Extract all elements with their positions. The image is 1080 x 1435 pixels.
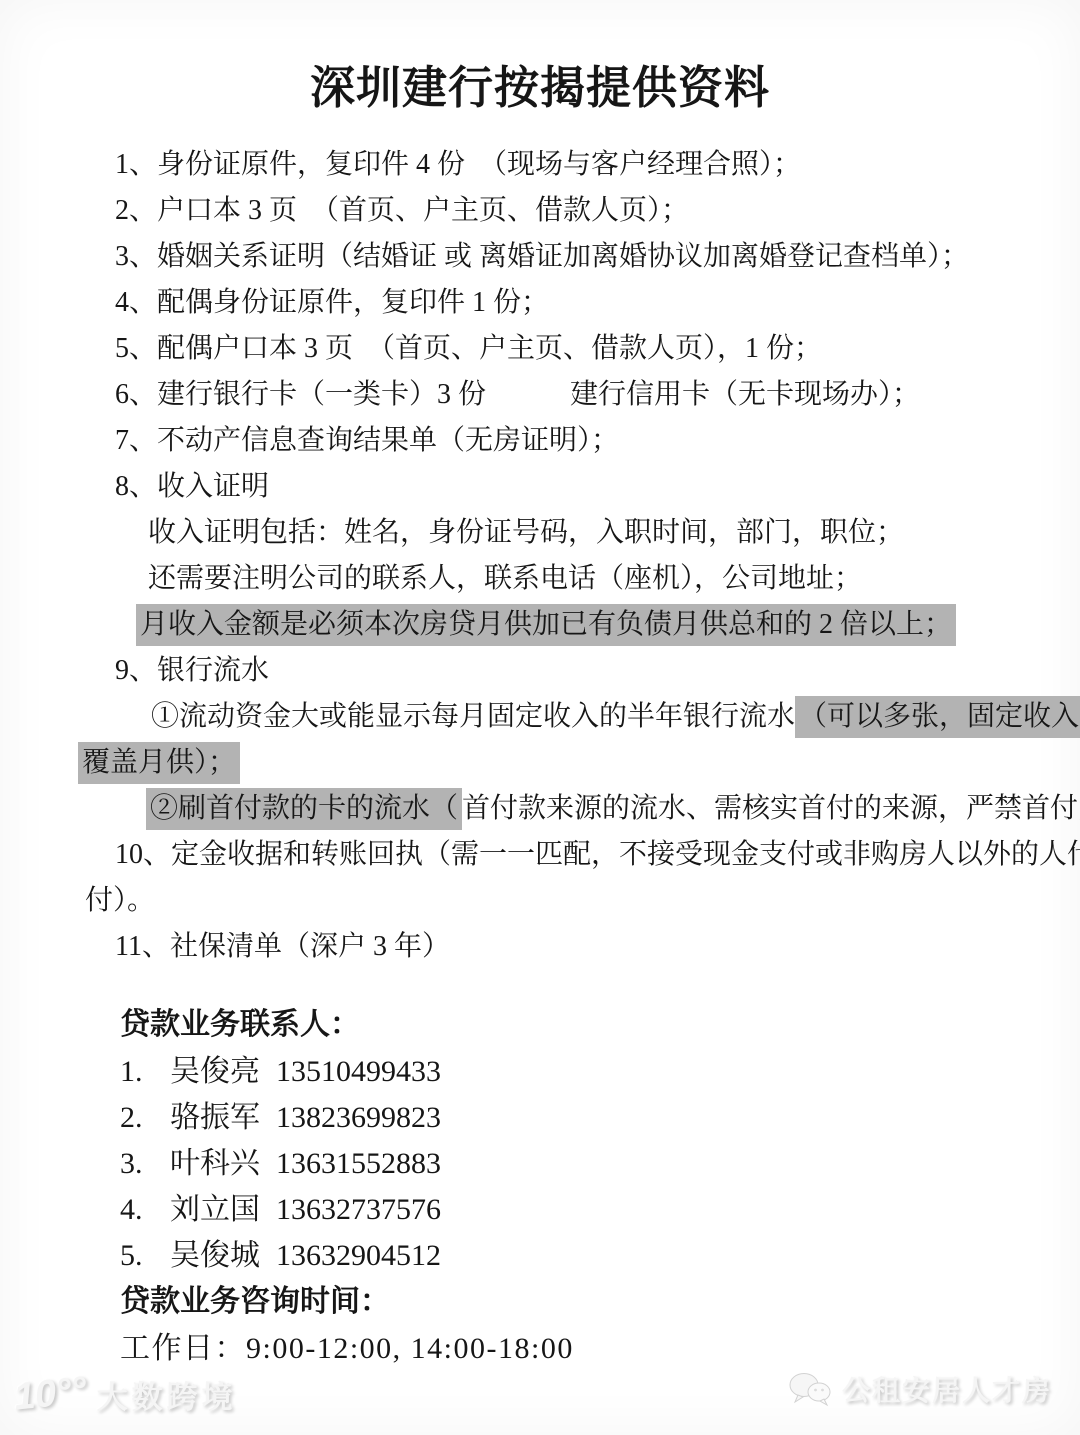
- contact-name: 刘立国: [170, 1193, 260, 1226]
- list-item-3: 3、婚姻关系证明（结婚证 或 离婚证加离婚协议加离婚登记查档单）；: [0, 242, 1080, 272]
- business-hours: 工作日：9:00-12:00, 14:00-18:00: [120, 1332, 1080, 1366]
- list-item-11: 11、社保清单（深户 3 年）: [0, 932, 1080, 962]
- watermark-left: 10°° 大数跨境: [14, 1372, 237, 1417]
- contact-row-2: 2.骆振军13823699823: [120, 1101, 1080, 1134]
- contact-phone: 13632904512: [276, 1239, 441, 1272]
- contact-number: 2.: [120, 1101, 170, 1134]
- document-title: 深圳建行按揭提供资料: [0, 0, 1080, 116]
- list-item-10: 10、定金收据和转账回执（需一一匹配，不接受现金支付或非购房人以外的人代: [0, 840, 1080, 870]
- contact-number: 4.: [120, 1193, 170, 1226]
- wechat-icon: [788, 1371, 832, 1407]
- contact-row-5: 5.吴俊城13632904512: [120, 1239, 1080, 1272]
- sub-item-text: 首付款来源的流水、需核实首付的来源，严禁首付贷）；: [462, 793, 1080, 824]
- list-item-7: 7、不动产信息查询结果单（无房证明）；: [0, 426, 1080, 456]
- dashu-logo-icon: 10°°: [12, 1369, 89, 1419]
- contacts-section: 贷款业务联系人： 1.吴俊亮13510499433 2.骆振军138236998…: [0, 1008, 1080, 1366]
- contact-name: 吴俊亮: [170, 1055, 260, 1088]
- highlighted-text: （可以多张，固定收入能: [795, 696, 1080, 738]
- highlighted-text: 月收入金额是必须本次房贷月供加已有负债月供总和的 2 倍以上；: [136, 604, 956, 646]
- hours-header: 贷款业务咨询时间：: [120, 1285, 1080, 1318]
- contact-name: 叶科兴: [170, 1147, 260, 1180]
- contact-phone: 13631552883: [276, 1147, 441, 1180]
- item-8-detail-1: 收入证明包括：姓名，身份证号码，入职时间，部门，职位；: [0, 518, 1080, 548]
- contact-phone: 13632737576: [276, 1193, 441, 1226]
- list-item-4: 4、配偶身份证原件，复印件 1 份；: [0, 288, 1080, 318]
- highlighted-text: ②刷首付款的卡的流水（: [146, 788, 462, 830]
- watermark-left-text: 大数跨境: [97, 1372, 237, 1417]
- contact-number: 1.: [120, 1055, 170, 1088]
- list-item-8: 8、收入证明: [0, 472, 1080, 502]
- list-item-9: 9、银行流水: [0, 656, 1080, 686]
- contacts-header: 贷款业务联系人：: [120, 1008, 1080, 1041]
- sub-item-text: ①流动资金大或能显示每月固定收入的半年银行流水: [151, 701, 795, 732]
- document-page: 深圳建行按揭提供资料 1、身份证原件，复印件 4 份 （现场与客户经理合照）； …: [0, 0, 1080, 1435]
- item-8-detail-3: 月收入金额是必须本次房贷月供加已有负债月供总和的 2 倍以上；: [0, 610, 1080, 640]
- contact-phone: 13510499433: [276, 1055, 441, 1088]
- watermark-right: 公租安居人才房: [788, 1369, 1052, 1409]
- contact-row-3: 3.叶科兴13631552883: [120, 1147, 1080, 1180]
- item-8-detail-2: 还需要注明公司的联系人，联系电话（座机），公司地址；: [0, 564, 1080, 594]
- item-9-sub-2: ②刷首付款的卡的流水（首付款来源的流水、需核实首付的来源，严禁首付贷）；: [0, 794, 1080, 824]
- list-item-1: 1、身份证原件，复印件 4 份 （现场与客户经理合照）；: [0, 150, 1080, 180]
- list-item-10-wrap: 付）。: [0, 886, 1080, 916]
- requirements-list: 1、身份证原件，复印件 4 份 （现场与客户经理合照）； 2、户口本 3 页 （…: [0, 116, 1080, 962]
- list-item-5: 5、配偶户口本 3 页 （首页、户主页、借款人页），1 份；: [0, 334, 1080, 364]
- contact-name: 骆振军: [170, 1101, 260, 1134]
- contact-row-1: 1.吴俊亮13510499433: [120, 1055, 1080, 1088]
- contact-name: 吴俊城: [170, 1239, 260, 1272]
- list-item-2: 2、户口本 3 页 （首页、户主页、借款人页）；: [0, 196, 1080, 226]
- watermark-right-text: 公租安居人才房: [842, 1369, 1052, 1409]
- highlighted-text: 覆盖月供）；: [78, 742, 240, 784]
- item-9-sub-1: ①流动资金大或能显示每月固定收入的半年银行流水（可以多张，固定收入能: [0, 702, 1080, 732]
- contact-phone: 13823699823: [276, 1101, 441, 1134]
- list-item-6: 6、建行银行卡（一类卡）3 份 建行信用卡（无卡现场办）；: [0, 380, 1080, 410]
- contact-number: 5.: [120, 1239, 170, 1272]
- contact-number: 3.: [120, 1147, 170, 1180]
- contact-row-4: 4.刘立国13632737576: [120, 1193, 1080, 1226]
- item-9-sub-1-wrap: 覆盖月供）；: [0, 748, 1080, 778]
